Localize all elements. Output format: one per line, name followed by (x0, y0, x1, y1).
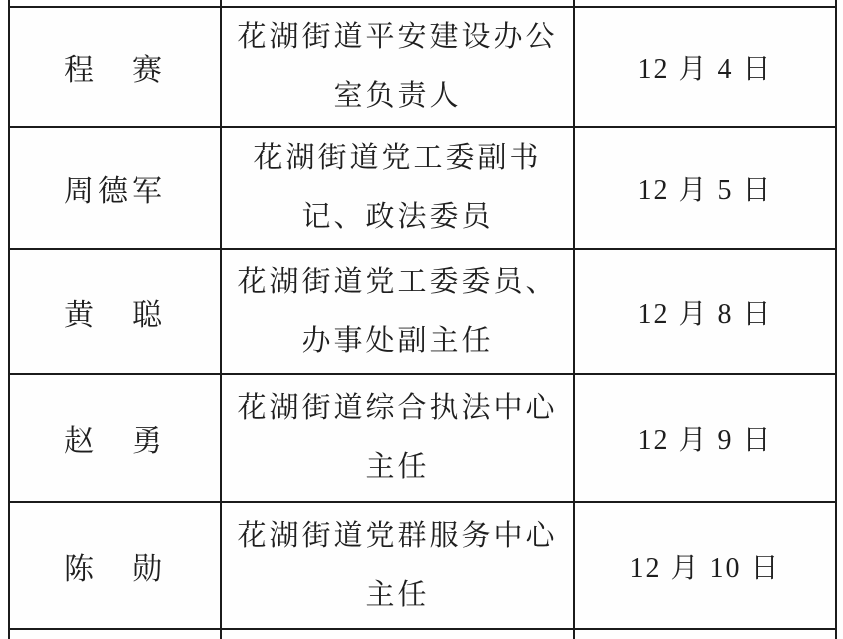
table-row: 黄 聪 花湖街道党工委委员、 办事处副主任 12 月 8 日 (10, 250, 835, 375)
position-line-1: 花湖街道平安建设办公 (237, 23, 557, 52)
table-row: 赵 勇 花湖街道综合执法中心 主任 12 月 9 日 (10, 375, 835, 503)
position-cell (222, 630, 575, 639)
name-cell: 黄 聪 (10, 250, 222, 373)
position-line-1: 花湖街道党群服务中心 (237, 522, 557, 551)
table-row: 陈 勋 花湖街道党群服务中心 主任 12 月 10 日 (10, 503, 835, 630)
duty-table: 程 赛 花湖街道平安建设办公 室负责人 12 月 4 日 周德军 花湖街道党工委… (8, 0, 837, 639)
position-line-2: 办事处副主任 (301, 327, 493, 356)
duty-date: 12 月 10 日 (629, 546, 780, 586)
duty-date: 12 月 9 日 (637, 418, 772, 458)
position-cell: 花湖街道综合执法中心 主任 (222, 375, 575, 501)
date-cell: 12 月 10 日 (575, 503, 835, 628)
table-row: 程 赛 花湖街道平安建设办公 室负责人 12 月 4 日 (10, 8, 835, 128)
position-line-2: 主任 (365, 453, 429, 482)
date-cell: 12 月 5 日 (575, 128, 835, 248)
table-row-partial-top (10, 0, 835, 8)
position-cell (222, 0, 575, 6)
duty-date: 12 月 4 日 (637, 47, 772, 87)
table-row: 周德军 花湖街道党工委副书 记、政法委员 12 月 5 日 (10, 128, 835, 250)
duty-date: 12 月 5 日 (637, 168, 772, 208)
position-line-1: 花湖街道党工委委员、 (237, 268, 557, 297)
person-name: 陈 勋 (64, 544, 166, 588)
position-cell: 花湖街道党工委委员、 办事处副主任 (222, 250, 575, 373)
date-cell: 12 月 9 日 (575, 375, 835, 501)
position-line-2: 室负责人 (333, 82, 461, 111)
position-line-2: 主任 (365, 581, 429, 610)
table-row-partial-bottom (10, 630, 835, 639)
name-cell: 周德军 (10, 128, 222, 248)
date-cell: 12 月 8 日 (575, 250, 835, 373)
position-cell: 花湖街道党工委副书 记、政法委员 (222, 128, 575, 248)
person-name: 赵 勇 (64, 416, 166, 460)
name-cell (10, 0, 222, 6)
position-line-1: 花湖街道综合执法中心 (237, 394, 557, 423)
person-name: 程 赛 (64, 45, 166, 89)
date-cell (575, 630, 835, 639)
date-cell: 12 月 4 日 (575, 8, 835, 126)
name-cell: 程 赛 (10, 8, 222, 126)
person-name: 黄 聪 (64, 290, 166, 334)
name-cell: 陈 勋 (10, 503, 222, 628)
name-cell (10, 630, 222, 639)
name-cell: 赵 勇 (10, 375, 222, 501)
date-cell (575, 0, 835, 6)
position-line-1: 花湖街道党工委副书 (253, 144, 541, 173)
position-cell: 花湖街道党群服务中心 主任 (222, 503, 575, 628)
duty-date: 12 月 8 日 (637, 292, 772, 332)
person-name: 周德军 (64, 166, 166, 210)
document-page: 程 赛 花湖街道平安建设办公 室负责人 12 月 4 日 周德军 花湖街道党工委… (0, 0, 843, 639)
position-line-2: 记、政法委员 (301, 203, 493, 232)
position-cell: 花湖街道平安建设办公 室负责人 (222, 8, 575, 126)
